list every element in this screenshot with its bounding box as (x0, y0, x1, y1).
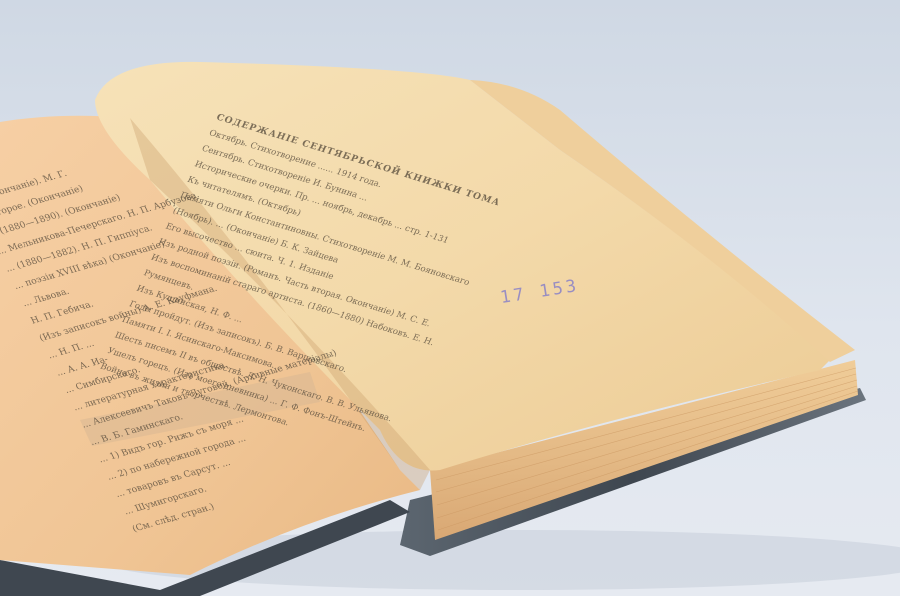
photo-scene: СОДЕРЖАНІЕ СЕНТЯБРЬСКОЙ КНИЖКИ ТОМА Октя… (0, 0, 900, 596)
